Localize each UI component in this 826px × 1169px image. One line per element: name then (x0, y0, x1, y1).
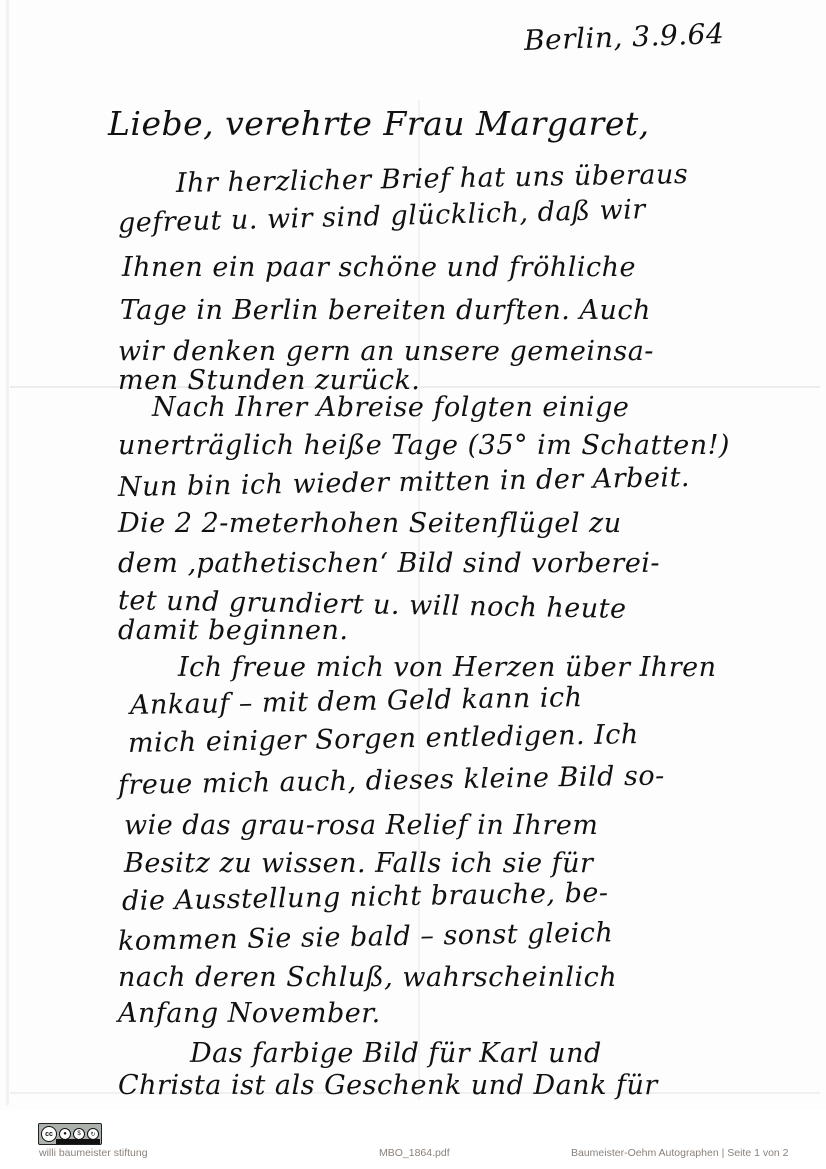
letter-salutation: Liebe, verehrte Frau Margaret, (108, 104, 650, 143)
publisher-name: willi baumeister stiftung (39, 1147, 148, 1159)
letter-line: dem ‚pathetischen‘ Bild sind vorberei- (118, 548, 660, 579)
letter-line: nach deren Schluß, wahrscheinlich (118, 962, 617, 993)
page-footer (0, 1112, 826, 1169)
collection-page-indicator: Baumeister-Oehm Autographen | Seite 1 vo… (571, 1147, 789, 1159)
letter-line: Ich freue mich von Herzen über Ihren (178, 652, 716, 683)
letter-line: unerträglich heiße Tage (35° im Schatten… (118, 430, 730, 461)
letter-line: wie das grau-rosa Relief in Ihrem (124, 810, 598, 841)
letter-line: Besitz zu wissen. Falls ich sie für (124, 848, 593, 879)
letter-line: Ihnen ein paar schöne und fröhliche (122, 252, 636, 283)
letter-line: mich einiger Sorgen entledigen. Ich (128, 719, 639, 759)
letter-line: freue mich auch, dieses kleine Bild so- (118, 760, 665, 801)
letter-line: Anfang November. (118, 998, 381, 1029)
letter-line: die Ausstellung nicht brauche, be- (122, 878, 609, 917)
letter-line: Tage in Berlin bereiten durften. Auch (120, 295, 651, 326)
letter-line: Ihr herzlicher Brief hat uns überaus (176, 159, 689, 199)
letter-date: Berlin, 3.9.64 (523, 17, 724, 57)
letter-line: Christa ist als Geschenk und Dank für (118, 1070, 658, 1101)
paper-edge (6, 0, 9, 1105)
letter-line: Das farbige Bild für Karl und (190, 1038, 602, 1069)
letter-scan: Berlin, 3.9.64 Liebe, verehrte Frau Marg… (0, 0, 826, 1110)
letter-line: kommen Sie sie bald – sonst gleich (118, 917, 614, 957)
document-filename: MBO_1864.pdf (379, 1147, 450, 1159)
letter-line: Nach Ihrer Abreise folgten einige (152, 392, 629, 423)
letter-line: Nun bin ich wieder mitten in der Arbeit. (118, 462, 691, 503)
letter-line: Ankauf – mit dem Geld kann ich (130, 682, 583, 721)
letter-line: damit beginnen. (118, 615, 348, 646)
license-label-strip (56, 1139, 100, 1144)
letter-line: wir denken gern an unsere gemeinsa- (118, 336, 654, 367)
letter-line: Die 2 2-meterhohen Seitenflügel zu (118, 508, 622, 539)
letter-line: gefreut u. wir sind glücklich, daß wir (118, 194, 647, 239)
cc-logo-icon: cc (41, 1126, 57, 1142)
